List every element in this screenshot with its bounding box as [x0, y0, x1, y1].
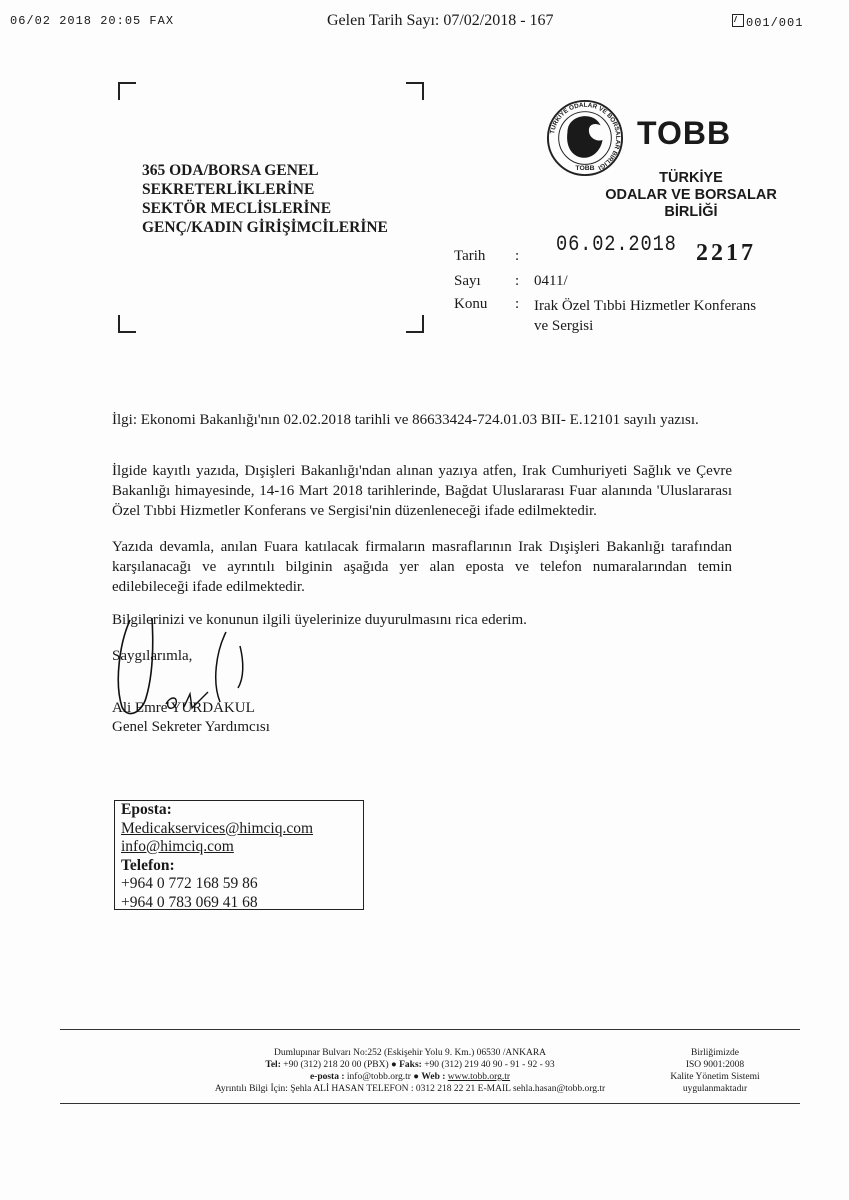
footer-contact: Dumlupınar Bulvarı No:252 (Eskişehir Yol… [180, 1047, 640, 1095]
recipient-line: 365 ODA/BORSA GENEL [142, 161, 388, 180]
body-paragraph-2: Yazıda devamla, anılan Fuara katılacak f… [112, 537, 732, 597]
phone-header: Telefon: [121, 857, 363, 876]
tobb-seal-icon: TÜRKİYE ODALAR VE BORSALAR BİRLİĞİ TOBB [546, 99, 624, 177]
email-link[interactable]: info@himciq.com [121, 838, 363, 857]
subject-label: Konu [454, 296, 487, 313]
tobb-wordmark: TOBB [637, 115, 731, 152]
document-number-stamp: 2217 [696, 240, 756, 267]
org-name-line: ODALAR VE BORSALAR [596, 187, 786, 204]
footer-web-line: e-posta : info@tobb.org.tr ● Web : www.t… [180, 1071, 640, 1083]
reference-colon: : [515, 273, 519, 290]
phone-number: +964 0 783 069 41 68 [121, 894, 363, 913]
subject-value: Irak Özel Tıbbi Hizmetler Konferans ve S… [534, 296, 774, 336]
phone-number: +964 0 772 168 59 86 [121, 875, 363, 894]
fax-timestamp: 06/02 2018 20:05 FAX [10, 14, 174, 28]
recipient-line: GENÇ/KADIN GİRİŞİMCİLERİNE [142, 218, 388, 237]
corner-mark-top-left [118, 82, 136, 100]
subject-colon: : [515, 296, 519, 313]
org-name-line: TÜRKİYE [596, 170, 786, 187]
recipients-block: 365 ODA/BORSA GENEL SEKRETERLİKLERİNE SE… [142, 161, 388, 237]
bullet-icon: ● [413, 1072, 419, 1082]
footer-faks-label: Faks: [399, 1060, 422, 1070]
footer-divider-bottom [60, 1103, 800, 1104]
org-name-line: BİRLİĞİ [596, 204, 786, 221]
corner-mark-top-right [406, 82, 424, 100]
iso-line: uygulanmaktadır [655, 1083, 775, 1095]
footer-phone-line: Tel: +90 (312) 218 20 00 (PBX) ● Faks: +… [180, 1059, 640, 1071]
fax-page-count: 001/001 [732, 14, 803, 30]
iso-line: ISO 9001:2008 [655, 1059, 775, 1071]
signer-title: Genel Sekreter Yardımcısı [112, 719, 270, 736]
fax-page-icon [732, 14, 744, 27]
reference-value: 0411/ [534, 273, 568, 290]
footer-tel-value: +90 (312) 218 20 00 (PBX) [283, 1060, 388, 1070]
footer-detail-contact: Ayrıntılı Bilgi İçin: Şehla ALİ HASAN TE… [180, 1083, 640, 1095]
fax-page-count-text: 001/001 [746, 16, 803, 30]
footer-web-link[interactable]: www.tobb.org.tr [448, 1072, 510, 1082]
recipient-line: SEKTÖR MECLİSLERİNE [142, 199, 388, 218]
signer-name: Ali Emre YURDAKUL [112, 700, 255, 717]
iso-certification: Birliğimizde ISO 9001:2008 Kalite Yöneti… [655, 1047, 775, 1095]
footer-web-label: Web : [421, 1072, 445, 1082]
footer-address: Dumlupınar Bulvarı No:252 (Eskişehir Yol… [180, 1047, 640, 1059]
date-label: Tarih [454, 248, 485, 265]
body-paragraph-1: İlgide kayıtlı yazıda, Dışişleri Bakanlı… [112, 461, 732, 521]
closing: Saygılarımla, [112, 648, 192, 665]
iso-line: Birliğimizde [655, 1047, 775, 1059]
org-name: TÜRKİYE ODALAR VE BORSALAR BİRLİĞİ [596, 170, 786, 221]
footer-divider-top [60, 1029, 800, 1030]
iso-line: Kalite Yönetim Sistemi [655, 1071, 775, 1083]
body-paragraph-3: Bilgilerinizi ve konunun ilgili üyelerin… [112, 610, 732, 630]
date-colon: : [515, 248, 519, 265]
bullet-icon: ● [391, 1060, 397, 1070]
corner-mark-bottom-left [118, 315, 136, 333]
svg-text:TOBB: TOBB [575, 165, 594, 172]
contact-box: Eposta: Medicakservices@himciq.com info@… [114, 800, 364, 910]
footer-eposta-value[interactable]: info@tobb.org.tr [347, 1072, 411, 1082]
footer-tel-label: Tel: [265, 1060, 280, 1070]
email-link[interactable]: Medicakservices@himciq.com [121, 820, 363, 839]
reference-label: Sayı [454, 273, 481, 290]
date-stamp: 06.02.2018 [556, 232, 677, 257]
footer-eposta-label: e-posta : [310, 1072, 345, 1082]
reference-paragraph: İlgi: Ekonomi Bakanlığı'nın 02.02.2018 t… [112, 410, 732, 430]
email-header: Eposta: [121, 801, 363, 820]
footer-faks-value: +90 (312) 219 40 90 - 91 - 92 - 93 [424, 1060, 554, 1070]
incoming-date-number: Gelen Tarih Sayı: 07/02/2018 - 167 [327, 12, 554, 30]
recipient-line: SEKRETERLİKLERİNE [142, 180, 388, 199]
corner-mark-bottom-right [406, 315, 424, 333]
